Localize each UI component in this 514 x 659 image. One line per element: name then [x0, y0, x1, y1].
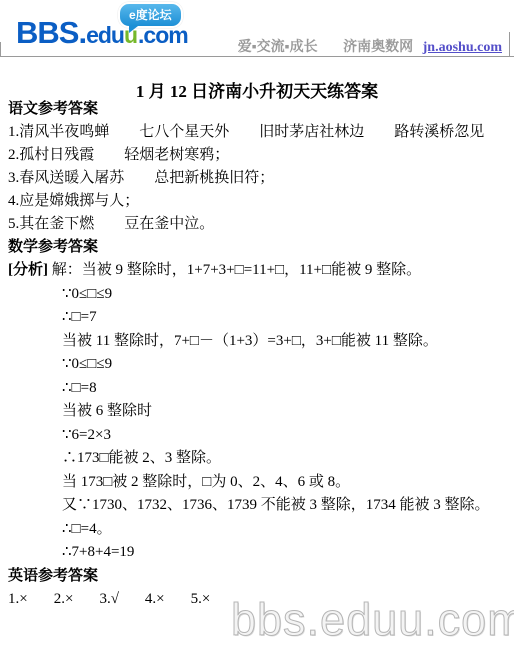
math-step: 当 173□被 2 整除时，□为 0、2、4、6 或 8。	[8, 471, 506, 495]
chinese-answer-line: 2.孤村日残霞 轻烟老树寒鸦；	[8, 144, 506, 167]
site-header: BBS.eduu.com e度论坛 爱▪交流▪成长 济南奥数网 jn.aoshu…	[0, 0, 514, 57]
math-step: ∵6=2×3	[8, 424, 506, 448]
math-analysis-line: [分析] 解：当被 9 整除时，1+7+3+□=11+□，11+□能被 9 整除…	[8, 259, 506, 283]
math-step: ∴□=8	[8, 377, 506, 401]
english-answer: 5.×	[191, 588, 211, 611]
header-tagline-row: 爱▪交流▪成长 济南奥数网 jn.aoshu.com	[238, 36, 502, 56]
math-step: ∴□=4。	[8, 518, 506, 542]
math-step: 当被 6 整除时	[8, 400, 506, 424]
math-step: 当被 11 整除时，7+□－（1+3）=3+□，3+□能被 11 整除。	[8, 330, 506, 354]
logo-edu: edu	[86, 22, 124, 48]
chinese-answer-line: 3.春风送暖入屠苏 总把新桃换旧符；	[8, 167, 506, 190]
chinese-answer-line: 1.清风半夜鸣蝉 七八个星天外 旧时茅店社林边 路转溪桥忽见	[8, 121, 506, 144]
math-step: ∵0≤□≤9	[8, 283, 506, 307]
math-step: 又∵1730、1732、1736、1739 不能被 3 整除，1734 能被 3…	[8, 494, 506, 518]
tagline: 爱▪交流▪成长	[238, 40, 318, 55]
math-section-heading: 数学参考答案	[8, 236, 506, 259]
page: BBS.eduu.com e度论坛 爱▪交流▪成长 济南奥数网 jn.aoshu…	[0, 0, 514, 659]
page-title: 1 月 12 日济南小升初天天练答案	[8, 57, 506, 98]
document-content: 1 月 12 日济南小升初天天练答案 语文参考答案 1.清风半夜鸣蝉 七八个星天…	[0, 57, 514, 611]
english-answer: 4.×	[145, 588, 165, 611]
english-answers-row: 1.× 2.× 3.√ 4.× 5.×	[8, 588, 506, 611]
analysis-label: [分析]	[8, 262, 48, 278]
english-answer: 1.×	[8, 588, 28, 611]
forum-badge: e度论坛	[118, 2, 183, 28]
english-answer: 3.√	[99, 588, 118, 611]
math-step: 解：当被 9 整除时，1+7+3+□=11+□，11+□能被 9 整除。	[52, 262, 421, 278]
math-step: ∴173□能被 2、3 整除。	[8, 447, 506, 471]
site-name: 济南奥数网	[343, 40, 413, 55]
math-step: ∴7+8+4=19	[8, 541, 506, 565]
logo-bbs: BBS.	[16, 15, 86, 50]
math-step: ∴□=7	[8, 306, 506, 330]
english-answer: 2.×	[54, 588, 74, 611]
border-stub-right	[509, 32, 510, 56]
site-link[interactable]: jn.aoshu.com	[423, 40, 502, 55]
chinese-answer-line: 5.其在釜下燃 豆在釜中泣。	[8, 213, 506, 236]
english-section-heading: 英语参考答案	[8, 565, 506, 588]
bbs-eduu-logo[interactable]: BBS.eduu.com e度论坛	[16, 2, 188, 51]
math-step: ∵0≤□≤9	[8, 353, 506, 377]
chinese-answer-line: 4.应是嫦娥掷与人；	[8, 190, 506, 213]
border-stub-left	[0, 42, 1, 56]
